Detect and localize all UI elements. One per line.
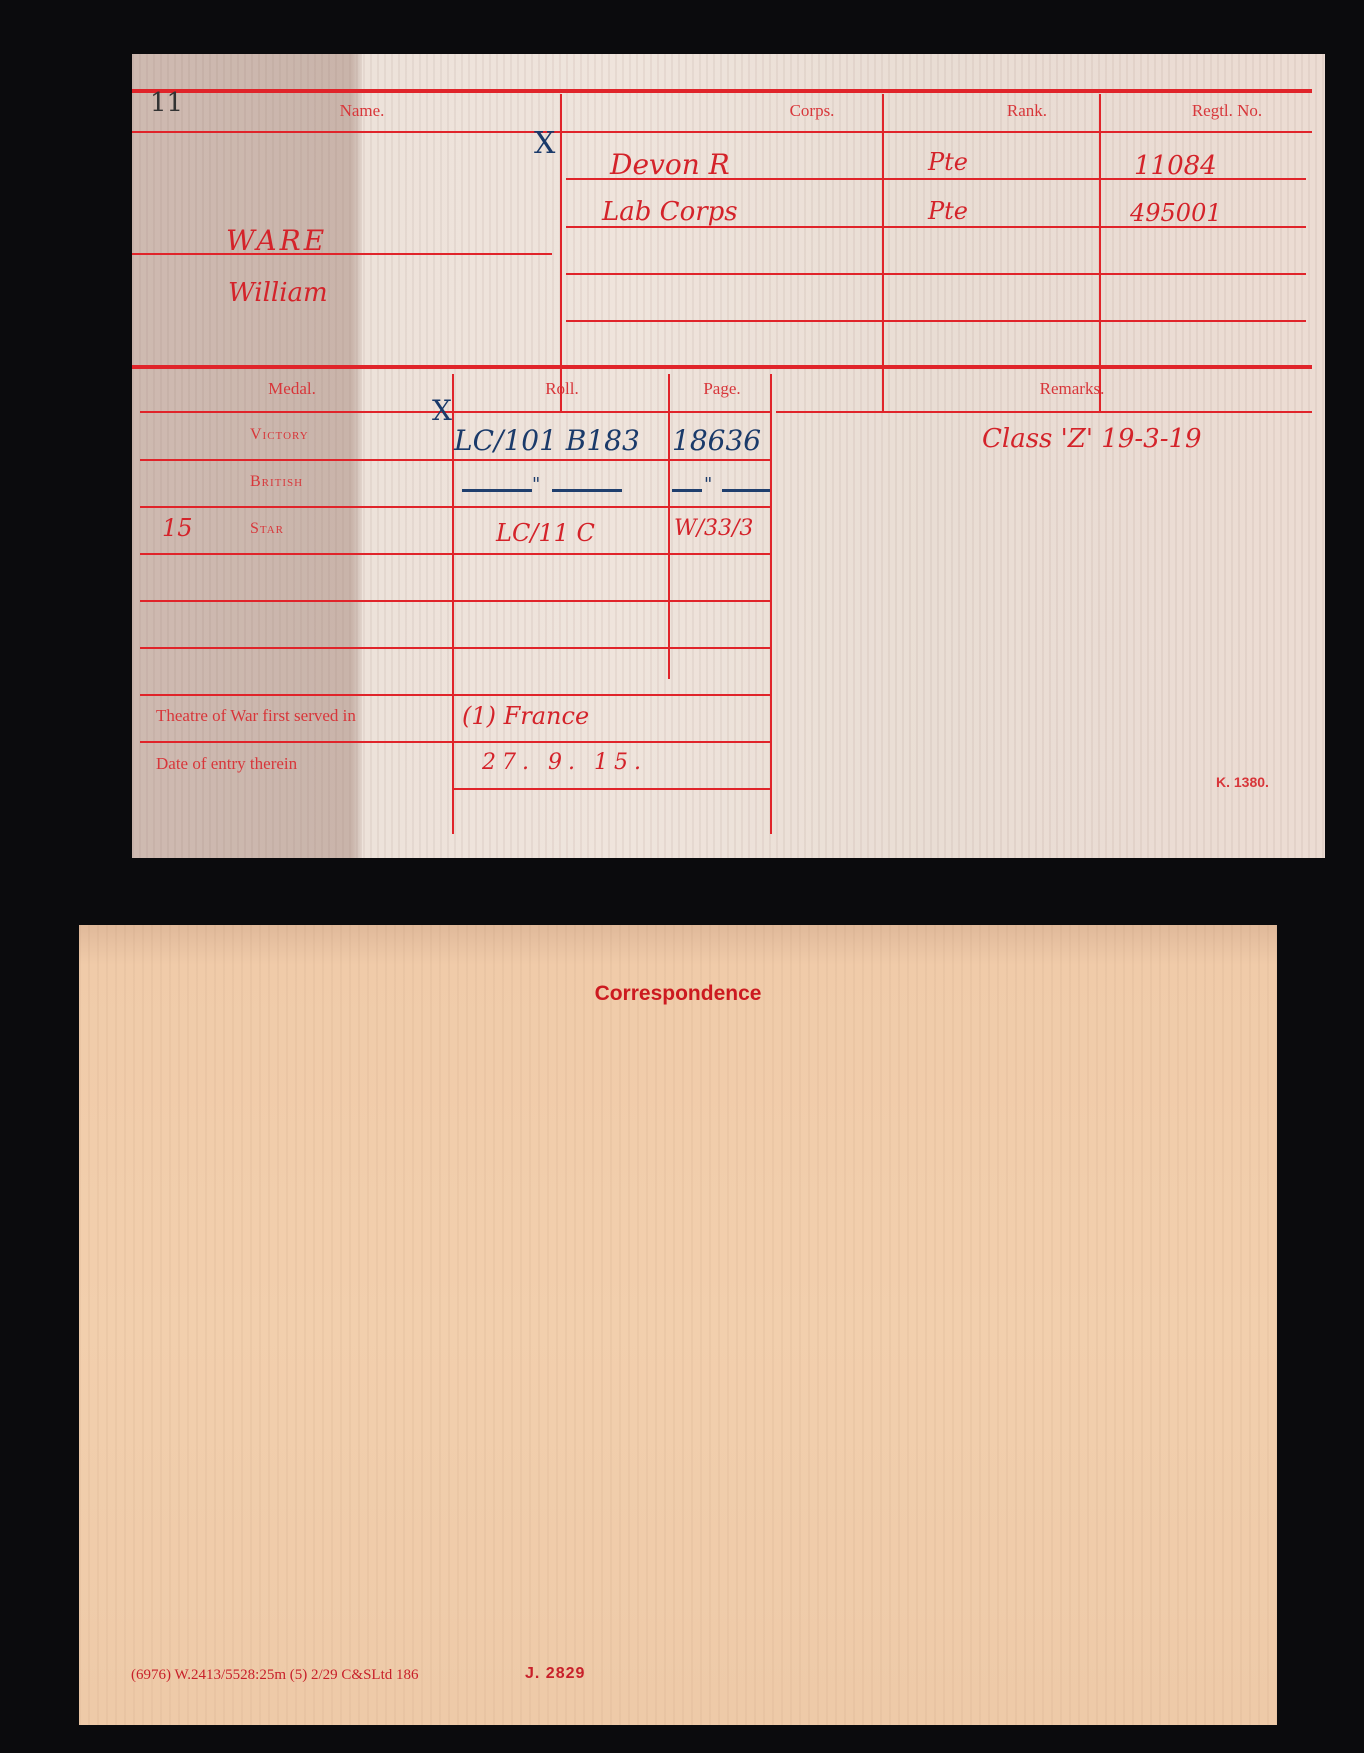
corner-mark: 11 bbox=[150, 88, 183, 118]
rule bbox=[140, 741, 770, 743]
ditto-line bbox=[722, 489, 770, 492]
rule bbox=[776, 411, 1312, 413]
corps-row-1: Devon R bbox=[610, 148, 730, 181]
rank-row-2: Pte bbox=[928, 197, 968, 225]
page-star: W/33/3 bbox=[674, 516, 753, 541]
rule bbox=[140, 647, 770, 649]
medal-index-card-back: Correspondence (6976) W.2413/5528:25m (5… bbox=[79, 925, 1277, 1725]
rule bbox=[132, 253, 552, 255]
surname: WARE bbox=[226, 224, 327, 257]
back-form-number: J. 2829 bbox=[525, 1665, 585, 1683]
rank-row-1: Pte bbox=[928, 148, 968, 176]
rule bbox=[140, 694, 770, 696]
header-medal: Medal. bbox=[242, 379, 342, 399]
forename: William bbox=[228, 278, 328, 308]
ditto-mark: " bbox=[532, 474, 540, 495]
header-corps: Corps. bbox=[762, 101, 862, 121]
top-rule bbox=[132, 89, 1312, 93]
regtl-no-row-2: 495001 bbox=[1130, 199, 1222, 227]
ditto-mark: " bbox=[704, 474, 712, 495]
star-prefix: 15 bbox=[162, 514, 193, 542]
rule bbox=[452, 788, 770, 790]
printer-line: (6976) W.2413/5528:25m (5) 2/29 C&SLtd 1… bbox=[131, 1667, 419, 1684]
medal-victory: Victory bbox=[250, 426, 309, 444]
roll-victory: LC/101 B183 bbox=[454, 424, 640, 457]
rule bbox=[566, 273, 1306, 275]
rule bbox=[566, 320, 1306, 322]
rule bbox=[140, 411, 770, 413]
header-page: Page. bbox=[672, 379, 772, 399]
roll-star: LC/11 C bbox=[496, 519, 595, 547]
rule bbox=[140, 553, 770, 555]
medal-index-card-front: 11 Name. Corps. Rank. Regtl. No. X WARE … bbox=[132, 54, 1325, 858]
rule bbox=[140, 600, 770, 602]
remarks-value: Class 'Z' 19-3-19 bbox=[982, 424, 1202, 454]
entry-date-label: Date of entry therein bbox=[156, 754, 297, 774]
header-name: Name. bbox=[312, 101, 412, 121]
corps-row-2: Lab Corps bbox=[602, 197, 738, 227]
theatre-value: (1) France bbox=[462, 702, 589, 730]
correspondence-title: Correspondence bbox=[79, 982, 1277, 1006]
page-victory: 18636 bbox=[672, 424, 761, 457]
cross-mark-icon: X bbox=[534, 126, 555, 161]
divider bbox=[668, 374, 670, 679]
header-roll: Roll. bbox=[512, 379, 612, 399]
theatre-label: Theatre of War first served in bbox=[156, 706, 356, 726]
divider bbox=[770, 374, 772, 834]
medal-section-rule bbox=[132, 365, 1312, 369]
cross-mark-icon: X bbox=[432, 394, 452, 427]
rule bbox=[132, 131, 1312, 133]
rule bbox=[140, 459, 770, 461]
header-regtl-no: Regtl. No. bbox=[1162, 101, 1292, 121]
header-rank: Rank. bbox=[977, 101, 1077, 121]
ditto-line bbox=[552, 489, 622, 492]
form-number: K. 1380. bbox=[1216, 774, 1269, 790]
ditto-line bbox=[672, 489, 702, 492]
medal-british: British bbox=[250, 473, 303, 491]
paper-shading bbox=[132, 54, 362, 858]
regtl-no-row-1: 11084 bbox=[1134, 151, 1217, 181]
entry-date-value: 27. 9. 15. bbox=[482, 750, 647, 775]
ditto-line bbox=[462, 489, 532, 492]
header-remarks: Remarks. bbox=[1012, 379, 1132, 399]
medal-star: Star bbox=[250, 520, 284, 538]
rule bbox=[140, 506, 770, 508]
